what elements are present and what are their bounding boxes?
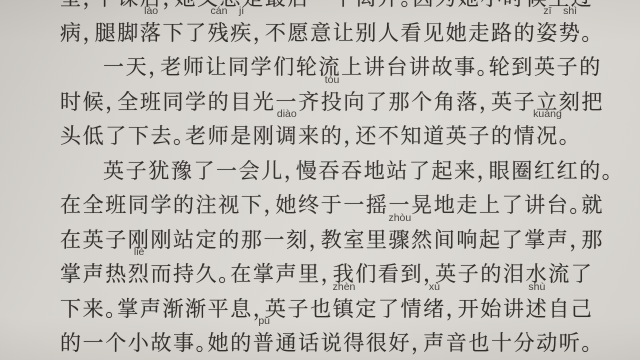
punctuation: ，	[479, 85, 491, 120]
annotated-char: 姿zī	[536, 16, 559, 51]
text-line-2: 病，腿脚落lào下了残cán疾jí，不愿意让别人看见她走路的姿zī势shì。	[60, 16, 630, 51]
punctuation: 。	[105, 292, 117, 327]
annotated-char: 骤zhòu	[389, 223, 412, 258]
punctuation: 。	[569, 188, 581, 223]
punctuation: 。	[196, 326, 208, 360]
annotated-char: 势shì	[559, 16, 582, 51]
story-text-block: 室，下课后，她又总是最后一个离开。因为她小时候生过病，腿脚落lào下了残cán疾…	[60, 0, 630, 360]
annotated-char: 残cán	[208, 16, 231, 51]
punctuation: ，	[284, 154, 296, 189]
punctuation: ，	[343, 119, 355, 154]
punctuation: ，	[321, 257, 333, 292]
punctuation: ，	[253, 16, 265, 51]
text-line-3: 一天，老师让同学们轮流上讲台讲故事。轮到英子的	[60, 50, 630, 85]
punctuation: 。	[477, 50, 489, 85]
punctuation: ，	[162, 0, 174, 16]
punctuation: ，	[411, 326, 423, 360]
pinyin-annotation: tóu	[325, 75, 340, 85]
text-line-5: 头低了下去。老师是刚调diào来的，还不知道英子的情况kuàng。	[60, 119, 630, 154]
punctuation: 。	[559, 119, 571, 154]
textbook-page: 室，下课后，她又总是最后一个离开。因为她小时候生过病，腿脚落lào下了残cán疾…	[0, 0, 640, 360]
text-line-8: 在英子刚刚站定的那一刻，教室里骤zhòu然间响起了掌声，那	[60, 223, 630, 258]
pinyin-annotation: zhòu	[388, 213, 411, 223]
pinyin-annotation: shù	[528, 282, 545, 292]
pinyin-annotation: shì	[563, 6, 577, 16]
text-line-7: 在全班同学的注视下，她终于一摇一晃地走上了讲台。就	[60, 188, 630, 223]
annotated-char: 疾jí	[230, 16, 253, 51]
annotated-char: 况kuàng	[536, 119, 559, 154]
pinyin-annotation: kuàng	[533, 109, 562, 119]
pinyin-annotation: liè	[134, 247, 145, 257]
pinyin-annotation: xù	[429, 282, 440, 292]
text-line-11: 的一个小故事。她的普pǔ通话说得很好，声音也十分动听。	[60, 326, 630, 360]
annotated-char: 投tóu	[321, 85, 344, 120]
pinyin-annotation: zī	[543, 6, 551, 16]
punctuation: ，	[83, 16, 95, 51]
punctuation: 。	[602, 154, 614, 189]
punctuation: ，	[569, 223, 581, 258]
annotated-char: 烈liè	[128, 257, 151, 292]
text-line-6: 英子犹豫了一会儿，慢吞吞地站了起来，眼圈红红的。	[60, 154, 630, 189]
annotated-char: 普pǔ	[253, 326, 276, 360]
pinyin-annotation: cán	[210, 6, 227, 16]
punctuation: ，	[477, 154, 489, 189]
pinyin-annotation: zhèn	[333, 282, 356, 292]
pinyin-annotation: pǔ	[258, 316, 270, 326]
punctuation: ，	[105, 85, 117, 120]
punctuation: ，	[148, 50, 160, 85]
pinyin-annotation: jí	[239, 6, 244, 16]
punctuation: 。	[401, 0, 413, 16]
punctuation: 。	[581, 326, 593, 360]
pinyin-annotation: diào	[277, 109, 297, 119]
annotated-char: 调diào	[275, 119, 298, 154]
annotated-char: 绪xù	[423, 292, 446, 327]
annotated-char: 落lào	[140, 16, 163, 51]
annotated-char: 镇zhèn	[333, 292, 356, 327]
punctuation: ，	[446, 292, 458, 327]
punctuation: ，	[263, 188, 275, 223]
punctuation: 。	[581, 16, 593, 51]
punctuation: 。	[218, 257, 230, 292]
punctuation: ，	[83, 0, 95, 16]
punctuation: 。	[173, 119, 185, 154]
text-line-10: 下来。掌声渐渐平息，英子也镇zhèn定了情绪xù，开始讲述shù自己	[60, 292, 630, 327]
punctuation: ，	[309, 223, 321, 258]
annotated-char: 述shù	[526, 292, 549, 327]
pinyin-annotation: lào	[144, 6, 158, 16]
